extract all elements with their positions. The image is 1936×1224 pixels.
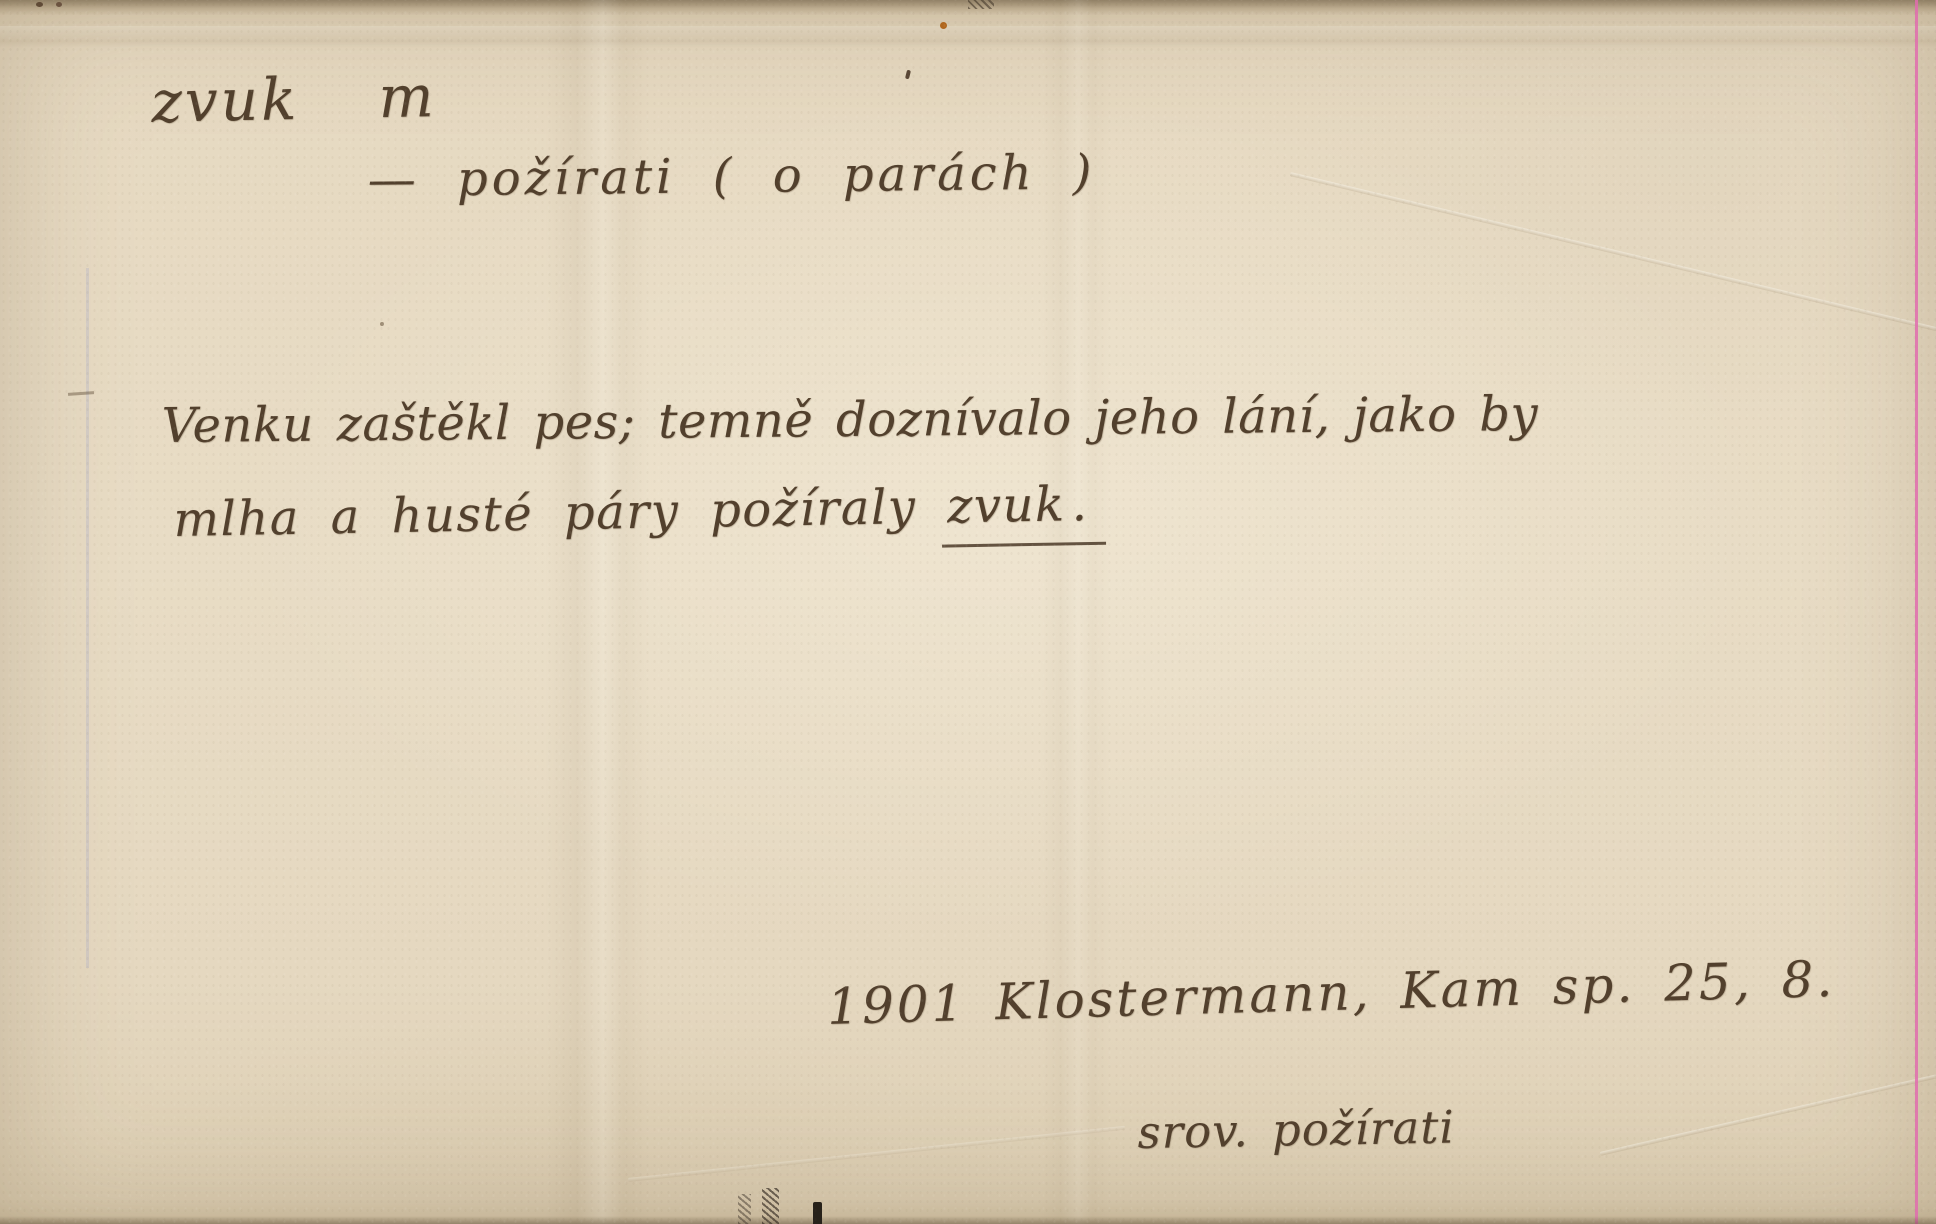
- top-edge-hatch-mark: [968, 0, 994, 9]
- card-bottom-edge-shadow: [0, 1216, 1936, 1224]
- ink-speck: [380, 322, 384, 326]
- quotation-line-2: mlha a husté páry požíraly zvuk.: [173, 476, 1089, 548]
- source-citation: 1901 Klostermann, Kam sp. 25, 8.: [826, 950, 1836, 1036]
- gender-abbreviation: m: [378, 62, 437, 131]
- collocation-line: — požírati ( o parách ): [367, 144, 1095, 208]
- bottom-ink-bar: [813, 1202, 822, 1224]
- headword-line: zvuk m: [151, 62, 438, 136]
- excerpt-card-scan: zvuk m — požírati ( o parách ) Venku zaš…: [0, 0, 1936, 1224]
- faint-ruled-line: [86, 268, 89, 968]
- pink-margin-line: [1915, 0, 1918, 1224]
- bottom-hatch-mark: [762, 1188, 779, 1224]
- underlying-sheet-edge: [0, 26, 1936, 48]
- ink-speck: [36, 2, 43, 7]
- ink-speck: [56, 2, 62, 7]
- fold-crease-bottom-right: [1600, 1055, 1936, 1156]
- margin-dash-mark: [68, 391, 94, 396]
- cross-reference: srov. požírati: [1137, 1100, 1455, 1159]
- bottom-hatch-mark: [738, 1194, 751, 1224]
- ink-speck: [905, 70, 911, 80]
- quotation-line-2-text: mlha a husté páry požíraly: [173, 479, 948, 548]
- quotation-end-punctuation: .: [1071, 476, 1089, 532]
- quotation-line-1: Venku zaštěkl pes; temně doznívalo jeho …: [162, 386, 1539, 454]
- rust-speck: [940, 22, 947, 29]
- headword: zvuk: [151, 65, 300, 136]
- fold-crease-top-right: [1290, 172, 1936, 339]
